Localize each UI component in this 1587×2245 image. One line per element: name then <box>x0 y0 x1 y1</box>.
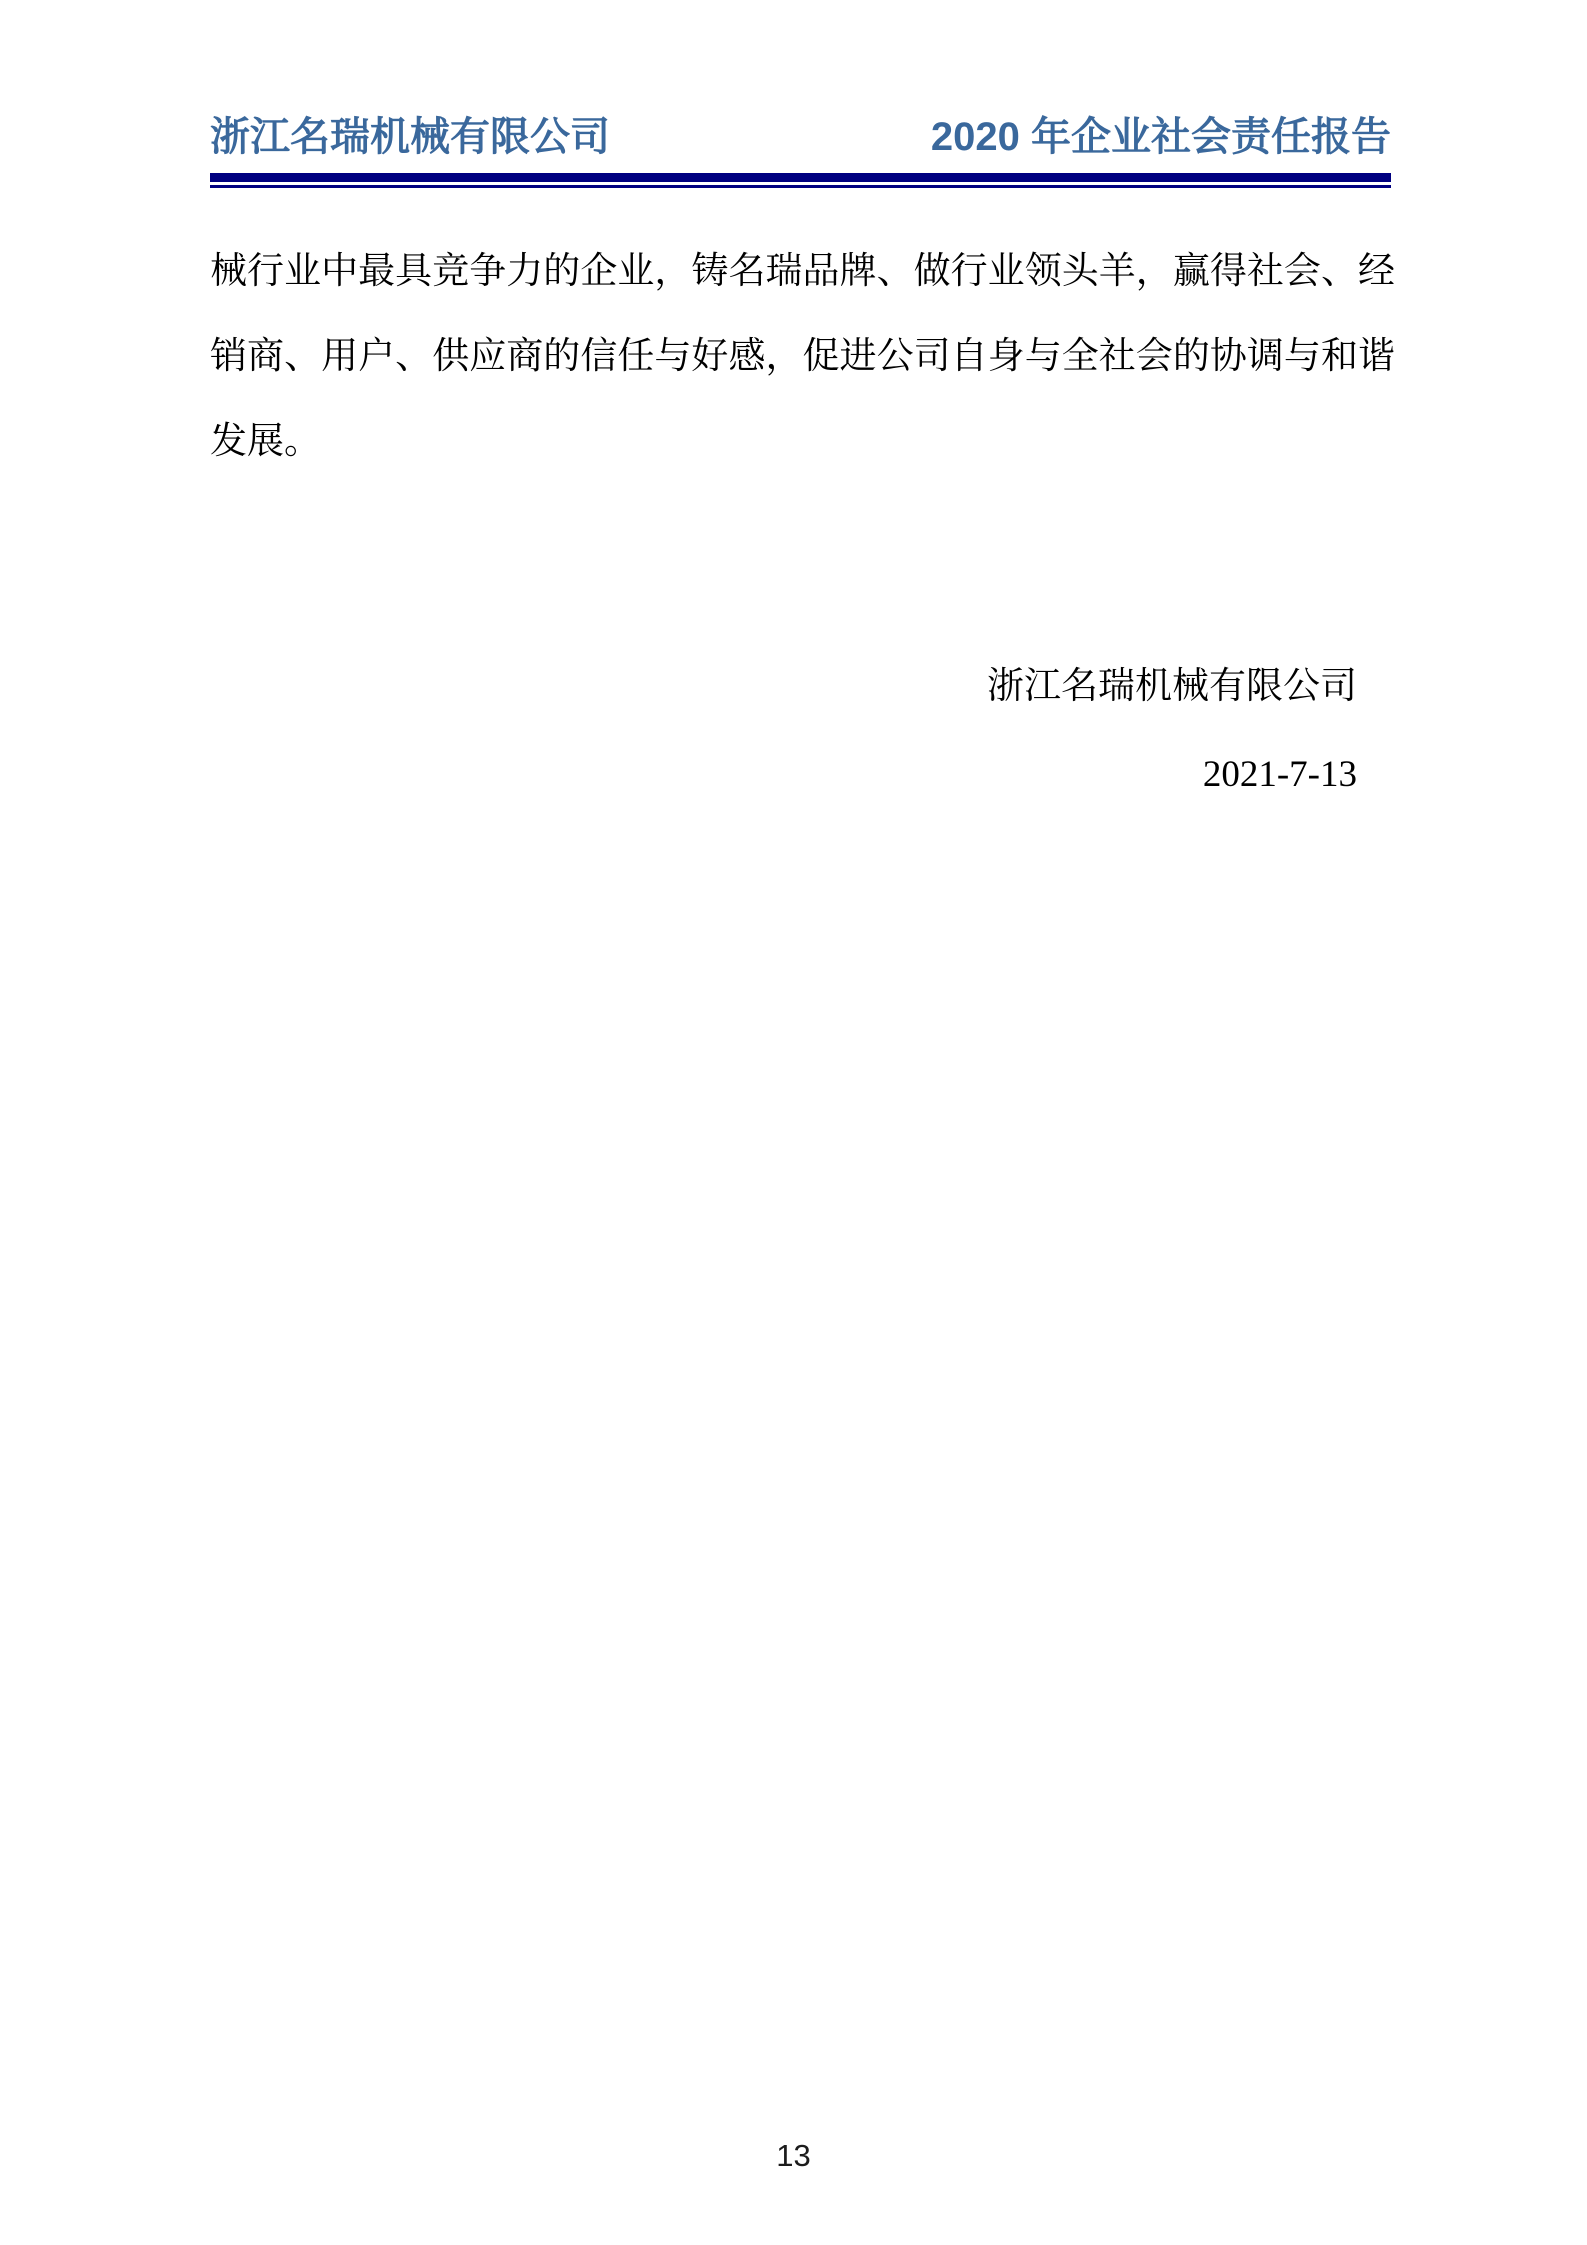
page-header: 浙江名瑞机械有限公司 2020 年企业社会责任报告 <box>210 112 1391 188</box>
page-number: 13 <box>776 2138 810 2173</box>
signature-company: 浙江名瑞机械有限公司 <box>987 643 1357 731</box>
header-row: 浙江名瑞机械有限公司 2020 年企业社会责任报告 <box>210 112 1391 162</box>
body-line-1: 械行业中最具竞争力的企业，铸名瑞品牌、做行业领头羊，赢得社会、经 <box>210 229 1395 314</box>
signature-date: 2021-7-13 <box>987 731 1357 819</box>
document-page: 浙江名瑞机械有限公司 2020 年企业社会责任报告 械行业中最具竞争力的企业，铸… <box>0 0 1587 2245</box>
header-company-title: 浙江名瑞机械有限公司 <box>210 112 610 162</box>
signature-block: 浙江名瑞机械有限公司 2021-7-13 <box>987 643 1357 819</box>
body-line-3: 发展。 <box>210 399 1395 484</box>
body-line-2: 销商、用户、供应商的信任与好感，促进公司自身与全社会的协调与和谐 <box>210 314 1395 399</box>
page-footer: 13 <box>0 2138 1587 2174</box>
body-paragraph: 械行业中最具竞争力的企业，铸名瑞品牌、做行业领头羊，赢得社会、经 销商、用户、供… <box>210 229 1395 484</box>
header-divider <box>210 173 1391 188</box>
header-report-title: 2020 年企业社会责任报告 <box>931 112 1391 162</box>
